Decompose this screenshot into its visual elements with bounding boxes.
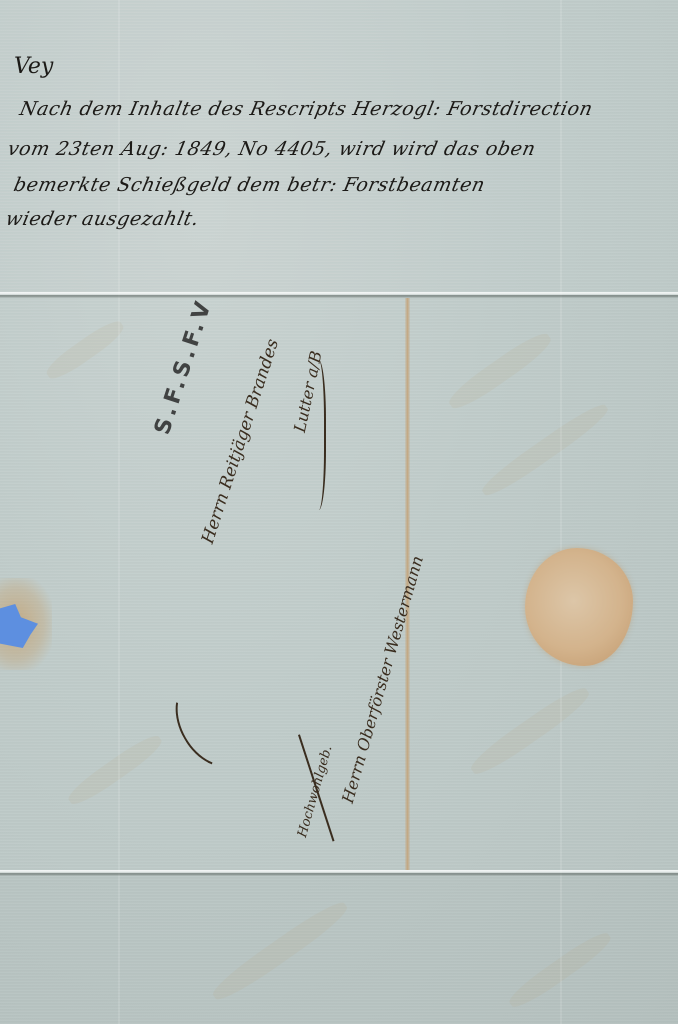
bleed-through-mark bbox=[445, 328, 556, 415]
bleed-through-mark bbox=[64, 730, 166, 809]
letter-line: Nach dem Inhalte des Rescripts Herzogl: … bbox=[16, 90, 597, 128]
letter-line: bemerkte Schießgeld dem betr: Forstbeamt… bbox=[10, 166, 489, 204]
letter-line: vom 23ten Aug: 1849, No 4405, wird wird … bbox=[4, 130, 540, 168]
fold-line-bottom bbox=[0, 870, 678, 876]
bleed-through-mark bbox=[42, 316, 127, 384]
fold-line-top bbox=[0, 292, 678, 298]
herrn-flourish bbox=[161, 666, 263, 779]
address-flourish bbox=[308, 360, 326, 510]
bleed-through-mark bbox=[478, 399, 612, 501]
letter-line: wieder ausgezahlt. bbox=[2, 200, 203, 238]
letter-sheet: Vey Nach dem Inhalte des Rescripts Herzo… bbox=[0, 0, 678, 1024]
address-line-1: Herrn Reitjäger Brandes bbox=[198, 337, 283, 547]
salutation: Vey bbox=[14, 54, 53, 79]
wax-seal bbox=[525, 548, 633, 666]
bleed-through-mark bbox=[466, 682, 593, 780]
postal-stamp: S.F.S.F.V bbox=[150, 295, 218, 438]
address-line-4: Herrn Oberförster Westermann bbox=[338, 554, 427, 806]
